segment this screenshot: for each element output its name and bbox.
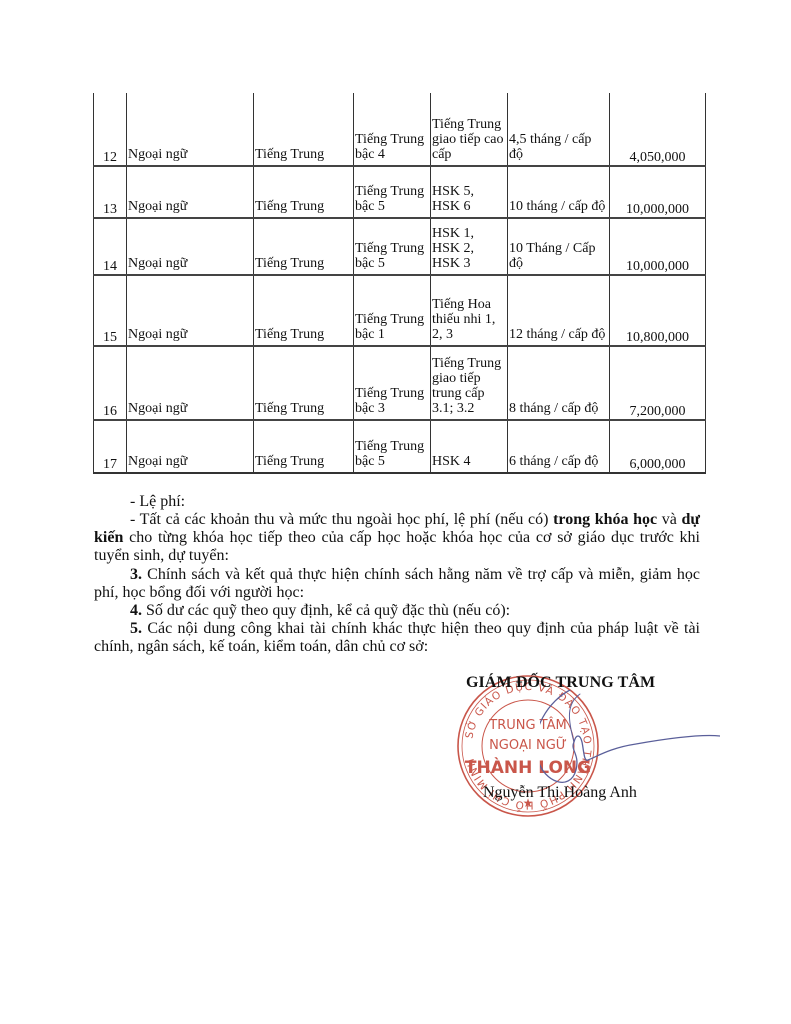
major-name: Tiếng Trung bbox=[255, 401, 352, 419]
fee-amount: 6,000,000 bbox=[611, 447, 704, 472]
other-fees-text-middle: và bbox=[657, 511, 681, 528]
section-3-number: 3. bbox=[130, 566, 142, 583]
duration-text: 10 tháng / cấp độ bbox=[509, 199, 608, 217]
other-fees-text-suffix: cho từng khóa học tiếp theo của cấp học … bbox=[94, 529, 700, 564]
level-text-line: bậc 5 bbox=[355, 256, 429, 271]
course-text: HSK 4 bbox=[432, 454, 506, 472]
course-text-line: HSK 3 bbox=[432, 256, 506, 271]
course-text-line: HSK 1, bbox=[432, 226, 506, 241]
table-row: 16Ngoại ngữTiếng TrungTiếng Trungbậc 3Ti… bbox=[94, 346, 706, 420]
cell-duration: 6 tháng / cấp độ bbox=[508, 420, 610, 473]
row-number: 14 bbox=[95, 249, 125, 274]
cell-major: Tiếng Trung bbox=[254, 346, 354, 420]
section-5-text: Các nội dung công khai tài chính khác th… bbox=[94, 620, 700, 655]
duration-text-line: 6 tháng / cấp độ bbox=[509, 454, 608, 469]
section-4-paragraph: 4. Số dư các quỹ theo quy định, kể cả qu… bbox=[94, 602, 700, 620]
cell-field: Ngoại ngữ bbox=[127, 275, 254, 346]
cell-duration: 10 tháng / cấp độ bbox=[508, 166, 610, 218]
level-text: Tiếng Trungbậc 5 bbox=[355, 241, 429, 274]
cell-major: Tiếng Trung bbox=[254, 420, 354, 473]
row-number: 12 bbox=[95, 140, 125, 165]
cell-fee: 4,050,000 bbox=[610, 93, 706, 166]
level-text-line: Tiếng Trung bbox=[355, 312, 429, 327]
fee-label: - Lệ phí: bbox=[94, 493, 700, 511]
duration-text-line: 12 tháng / cấp độ bbox=[509, 327, 608, 342]
duration-text-line: độ bbox=[509, 256, 608, 271]
table-row: 14Ngoại ngữTiếng TrungTiếng Trungbậc 5HS… bbox=[94, 218, 706, 275]
duration-text-line: 10 tháng / cấp độ bbox=[509, 199, 608, 214]
table-row: 13Ngoại ngữTiếng TrungTiếng Trungbậc 5HS… bbox=[94, 166, 706, 218]
cell-major: Tiếng Trung bbox=[254, 93, 354, 166]
course-text-line: HSK 6 bbox=[432, 199, 506, 214]
level-text-line: Tiếng Trung bbox=[355, 439, 429, 454]
duration-text: 10 Tháng / Cấpđộ bbox=[509, 241, 608, 274]
cell-level: Tiếng Trungbậc 3 bbox=[354, 346, 431, 420]
cell-field: Ngoại ngữ bbox=[127, 346, 254, 420]
cell-major: Tiếng Trung bbox=[254, 218, 354, 275]
cell-level: Tiếng Trungbậc 5 bbox=[354, 218, 431, 275]
duration-text: 12 tháng / cấp độ bbox=[509, 327, 608, 345]
cell-major: Tiếng Trung bbox=[254, 166, 354, 218]
course-text-line: HSK 4 bbox=[432, 454, 506, 469]
section-5-paragraph: 5. Các nội dung công khai tài chính khác… bbox=[94, 620, 700, 656]
duration-text: 4,5 tháng / cấp độ bbox=[509, 132, 608, 165]
level-text-line: Tiếng Trung bbox=[355, 184, 429, 199]
fee-amount: 7,200,000 bbox=[611, 394, 704, 419]
field-name: Ngoại ngữ bbox=[128, 454, 252, 472]
cell-field: Ngoại ngữ bbox=[127, 166, 254, 218]
fee-amount: 10,800,000 bbox=[611, 320, 704, 345]
cell-duration: 8 tháng / cấp độ bbox=[508, 346, 610, 420]
cell-duration: 10 Tháng / Cấpđộ bbox=[508, 218, 610, 275]
cell-fee: 7,200,000 bbox=[610, 346, 706, 420]
level-text-line: Tiếng Trung bbox=[355, 386, 429, 401]
course-text-line: HSK 5, bbox=[432, 184, 506, 199]
course-text-line: thiếu nhi 1, bbox=[432, 312, 506, 327]
cell-fee: 10,800,000 bbox=[610, 275, 706, 346]
level-text: Tiếng Trungbậc 3 bbox=[355, 386, 429, 419]
table-row: 12Ngoại ngữTiếng TrungTiếng Trungbậc 4Ti… bbox=[94, 93, 706, 166]
level-text-line: bậc 4 bbox=[355, 147, 429, 162]
signatory-name: Nguyễn Thị Hoàng Anh bbox=[483, 784, 637, 802]
duration-text-line: 10 Tháng / Cấp bbox=[509, 241, 608, 256]
cell-fee: 10,000,000 bbox=[610, 218, 706, 275]
duration-text-line: 4,5 tháng / cấp độ bbox=[509, 132, 608, 162]
level-text: Tiếng Trungbậc 4 bbox=[355, 132, 429, 165]
course-text-line: giao tiếp cao bbox=[432, 132, 506, 147]
cell-stt: 16 bbox=[94, 346, 127, 420]
table-row: 15Ngoại ngữTiếng TrungTiếng Trungbậc 1Ti… bbox=[94, 275, 706, 346]
fee-amount: 10,000,000 bbox=[611, 192, 704, 217]
cell-stt: 17 bbox=[94, 420, 127, 473]
cell-fee: 6,000,000 bbox=[610, 420, 706, 473]
section-5-number: 5. bbox=[130, 620, 142, 637]
cell-level: Tiếng Trungbậc 5 bbox=[354, 420, 431, 473]
level-text: Tiếng Trungbậc 1 bbox=[355, 312, 429, 345]
level-text-line: bậc 5 bbox=[355, 454, 429, 469]
major-name: Tiếng Trung bbox=[255, 327, 352, 345]
section-4-text: Số dư các quỹ theo quy định, kể cả quỹ đ… bbox=[142, 602, 510, 619]
other-fees-bold-in-course: trong khóa học bbox=[553, 511, 657, 528]
course-text-line: Tiếng Hoa bbox=[432, 297, 506, 312]
course-text-line: 3.1; 3.2 bbox=[432, 401, 506, 416]
row-number: 13 bbox=[95, 192, 125, 217]
cell-field: Ngoại ngữ bbox=[127, 218, 254, 275]
cell-course: HSK 5,HSK 6 bbox=[431, 166, 508, 218]
document-page: 12Ngoại ngữTiếng TrungTiếng Trungbậc 4Ti… bbox=[0, 0, 791, 1024]
cell-course: Tiếng Trunggiao tiếptrung cấp3.1; 3.2 bbox=[431, 346, 508, 420]
cell-level: Tiếng Trungbậc 1 bbox=[354, 275, 431, 346]
level-text-line: bậc 3 bbox=[355, 401, 429, 416]
row-number: 15 bbox=[95, 320, 125, 345]
course-text-line: HSK 2, bbox=[432, 241, 506, 256]
course-text-line: 2, 3 bbox=[432, 327, 506, 342]
major-name: Tiếng Trung bbox=[255, 454, 352, 472]
duration-text-line: 8 tháng / cấp độ bbox=[509, 401, 608, 416]
section-3-paragraph: 3. Chính sách và kết quả thực hiện chính… bbox=[94, 566, 700, 602]
field-name: Ngoại ngữ bbox=[128, 327, 252, 345]
course-text-line: cấp bbox=[432, 147, 506, 162]
field-name: Ngoại ngữ bbox=[128, 199, 252, 217]
course-text: HSK 1,HSK 2,HSK 3 bbox=[432, 226, 506, 274]
course-text-line: giao tiếp bbox=[432, 371, 506, 386]
cell-fee: 10,000,000 bbox=[610, 166, 706, 218]
cell-field: Ngoại ngữ bbox=[127, 420, 254, 473]
fee-amount: 4,050,000 bbox=[611, 140, 704, 165]
cell-course: HSK 1,HSK 2,HSK 3 bbox=[431, 218, 508, 275]
major-name: Tiếng Trung bbox=[255, 256, 352, 274]
major-name: Tiếng Trung bbox=[255, 147, 352, 165]
cell-course: HSK 4 bbox=[431, 420, 508, 473]
major-name: Tiếng Trung bbox=[255, 199, 352, 217]
level-text-line: bậc 5 bbox=[355, 199, 429, 214]
cell-level: Tiếng Trungbậc 4 bbox=[354, 93, 431, 166]
cell-stt: 14 bbox=[94, 218, 127, 275]
fee-amount: 10,000,000 bbox=[611, 249, 704, 274]
table-row: 17Ngoại ngữTiếng TrungTiếng Trungbậc 5HS… bbox=[94, 420, 706, 473]
level-text-line: Tiếng Trung bbox=[355, 241, 429, 256]
course-text-line: Tiếng Trung bbox=[432, 117, 506, 132]
field-name: Ngoại ngữ bbox=[128, 401, 252, 419]
field-name: Ngoại ngữ bbox=[128, 147, 252, 165]
other-fees-paragraph: - Tất cả các khoản thu và mức thu ngoài … bbox=[94, 511, 700, 565]
row-number: 17 bbox=[95, 447, 125, 472]
section-4-number: 4. bbox=[130, 602, 142, 619]
cell-stt: 13 bbox=[94, 166, 127, 218]
course-text-line: trung cấp bbox=[432, 386, 506, 401]
level-text: Tiếng Trungbậc 5 bbox=[355, 184, 429, 217]
other-fees-text: - Tất cả các khoản thu và mức thu ngoài … bbox=[130, 511, 553, 528]
cell-level: Tiếng Trungbậc 5 bbox=[354, 166, 431, 218]
cell-field: Ngoại ngữ bbox=[127, 93, 254, 166]
field-name: Ngoại ngữ bbox=[128, 256, 252, 274]
duration-text: 6 tháng / cấp độ bbox=[509, 454, 608, 472]
course-text: Tiếng Hoathiếu nhi 1,2, 3 bbox=[432, 297, 506, 345]
course-text: Tiếng Trunggiao tiếptrung cấp3.1; 3.2 bbox=[432, 356, 506, 419]
tuition-fee-table: 12Ngoại ngữTiếng TrungTiếng Trungbậc 4Ti… bbox=[93, 93, 706, 474]
row-number: 16 bbox=[95, 394, 125, 419]
cell-major: Tiếng Trung bbox=[254, 275, 354, 346]
course-text: Tiếng Trunggiao tiếp caocấp bbox=[432, 117, 506, 165]
cell-duration: 4,5 tháng / cấp độ bbox=[508, 93, 610, 166]
section-3-text: Chính sách và kết quả thực hiện chính sá… bbox=[94, 566, 700, 601]
duration-text: 8 tháng / cấp độ bbox=[509, 401, 608, 419]
level-text-line: Tiếng Trung bbox=[355, 132, 429, 147]
cell-duration: 12 tháng / cấp độ bbox=[508, 275, 610, 346]
level-text-line: bậc 1 bbox=[355, 327, 429, 342]
course-text-line: Tiếng Trung bbox=[432, 356, 506, 371]
course-text: HSK 5,HSK 6 bbox=[432, 184, 506, 217]
cell-stt: 15 bbox=[94, 275, 127, 346]
cell-course: Tiếng Trunggiao tiếp caocấp bbox=[431, 93, 508, 166]
level-text: Tiếng Trungbậc 5 bbox=[355, 439, 429, 472]
cell-stt: 12 bbox=[94, 93, 127, 166]
cell-course: Tiếng Hoathiếu nhi 1,2, 3 bbox=[431, 275, 508, 346]
